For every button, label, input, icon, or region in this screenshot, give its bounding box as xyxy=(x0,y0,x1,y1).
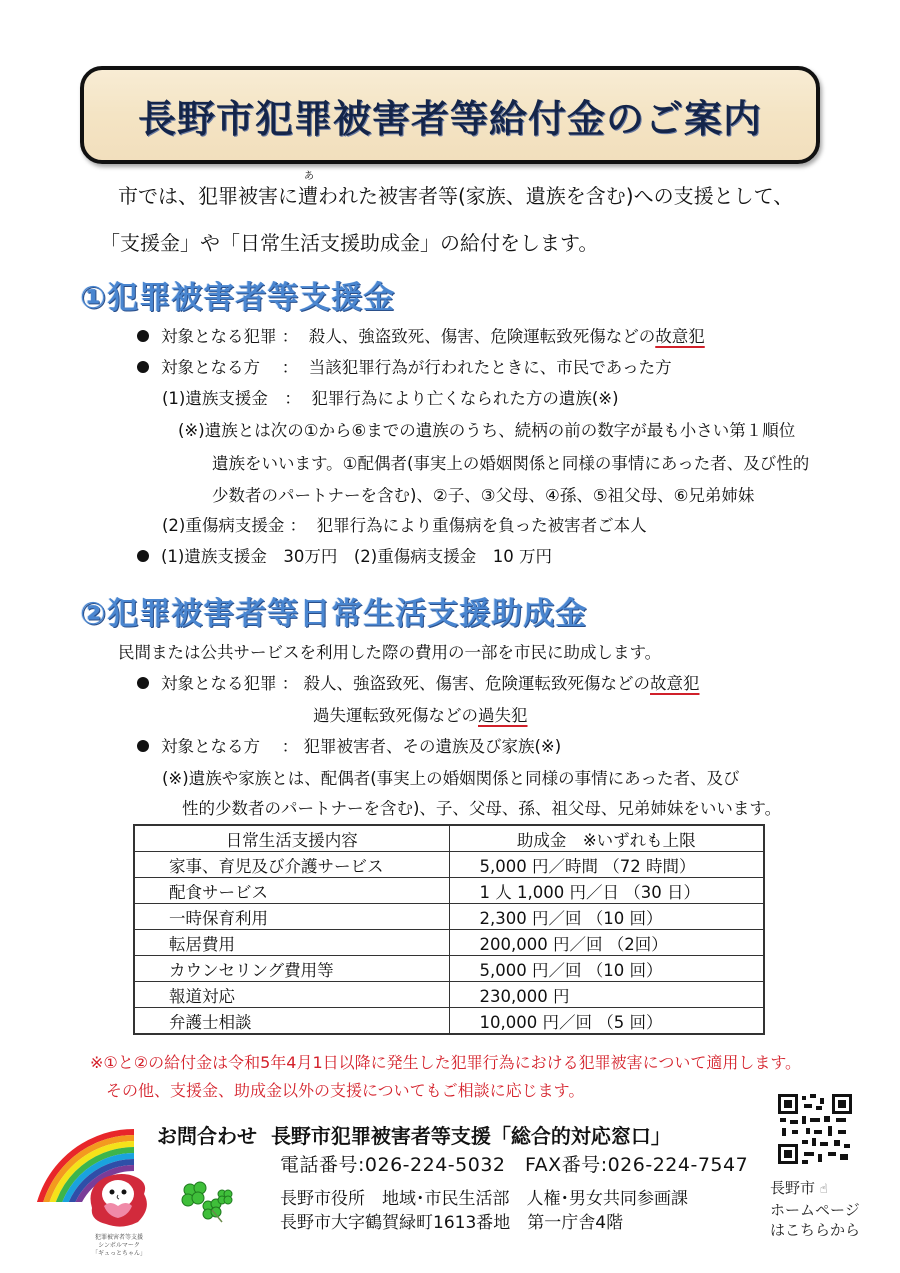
ruby-base: 遭 xyxy=(298,184,318,208)
intro-text: 市では、犯罪被害に xyxy=(118,184,298,208)
contact-department: 長野市役所 地域･市民生活部 人権･男女共同参画課 xyxy=(280,1184,688,1209)
value: 犯罪行為により亡くなられた方の遺族(※) xyxy=(311,389,618,408)
section-1-heading: ①犯罪被害者等支援金 xyxy=(80,272,395,317)
table-row: 報道対応230,000 円 xyxy=(134,982,764,1008)
bullet-icon xyxy=(137,677,149,689)
table-row: 転居費用200,000 円／回 （2回） xyxy=(134,930,764,956)
title-banner: 長野市犯罪被害者等給付金のご案内 xyxy=(80,66,820,164)
value: (1)遺族支援金 30万円 (2)重傷病支援金 10 万円 xyxy=(161,547,552,566)
support-item: カウンセリング費用等 xyxy=(134,956,449,982)
label: (2)重傷病支援金 ： xyxy=(162,516,306,535)
bullet-icon xyxy=(137,330,149,342)
section-1-note-1: (※)遺族とは次の①から⑥までの遺族のうち、続柄の前の数字が最も小さい第１順位 xyxy=(178,417,795,441)
contact-office: 長野市犯罪被害者等支援「総合的対応窓口」 xyxy=(271,1124,671,1148)
section-1-note-2: 遺族をいいます。①配偶者(事実上の婚姻関係と同様の事情にあった者、及び性的 xyxy=(212,450,809,474)
section-1-sub2: (2)重傷病支援金 ： 犯罪行為により重傷病を負った被害者ご本人 xyxy=(162,512,647,536)
support-table: 日常生活支援内容 助成金 ※いずれも上限 家事、育児及び介護サービス5,000 … xyxy=(133,824,765,1035)
support-amount: 200,000 円／回 （2回） xyxy=(449,930,764,956)
ruby-text: あ xyxy=(304,167,314,182)
notice-line-2: その他、支援金、助成金以外の支援についてもご相談に応じます。 xyxy=(106,1078,584,1101)
value: 殺人、強盗致死、傷害、危険運転致死傷などの xyxy=(304,674,651,693)
section-2-crime: 対象となる犯罪 ： 殺人、強盗致死、傷害、危険運転致死傷などの故意犯 xyxy=(137,670,700,694)
table-row: 家事、育児及び介護サービス5,000 円／時間 （72 時間） xyxy=(134,852,764,878)
bullet-icon xyxy=(137,740,149,752)
table-row: カウンセリング費用等5,000 円／回 （10 回） xyxy=(134,956,764,982)
intro-text: われた被害者等(家族、遺族を含む)への支援として、 xyxy=(318,184,793,208)
column-header: 日常生活支援内容 xyxy=(134,825,449,852)
qr-caption-line-1: 長野市 ☝ xyxy=(770,1178,860,1200)
table-row: 一時保育利用2,300 円／回 （10 回） xyxy=(134,904,764,930)
support-item: 報道対応 xyxy=(134,982,449,1008)
value: 殺人、強盗致死、傷害、危険運転致死傷などの xyxy=(309,327,656,346)
support-amount: 5,000 円／回 （10 回） xyxy=(449,956,764,982)
intro-line-1: 市では、犯罪被害にあ遭われた被害者等(家族、遺族を含む)への支援として、 xyxy=(118,180,793,209)
pointer-hand-icon: ☝ xyxy=(820,1182,828,1197)
qr-caption-line-2: ホームページ xyxy=(770,1200,860,1220)
label: 対象となる方 ： xyxy=(161,737,298,756)
support-item: 転居費用 xyxy=(134,930,449,956)
mascot-caption-line: 「ギュっとちゃん」 xyxy=(80,1250,158,1258)
contact-phone-fax: 電話番号:026-224-5032 FAX番号:026-224-7547 xyxy=(280,1150,748,1177)
section-1-crime: 対象となる犯罪 ： 殺人、強盗致死、傷害、危険運転致死傷などの故意犯 xyxy=(137,323,705,347)
contact-heading: お問合わせ 長野市犯罪被害者等支援「総合的対応窓口」 xyxy=(157,1120,671,1149)
section-1-amounts: (1)遺族支援金 30万円 (2)重傷病支援金 10 万円 xyxy=(137,543,552,567)
support-item: 家事、育児及び介護サービス xyxy=(134,852,449,878)
support-item: 配食サービス xyxy=(134,878,449,904)
value: 当該犯罪行為が行われたときに、市民であった方 xyxy=(309,358,672,377)
value: 過失運転致死傷などの xyxy=(313,706,478,725)
table-row: 弁護士相談10,000 円／回 （5 回） xyxy=(134,1008,764,1035)
label: 対象となる犯罪 ： xyxy=(161,327,298,346)
value: 犯罪行為により重傷病を負った被害者ご本人 xyxy=(317,516,647,535)
underlined-term: 過失犯 xyxy=(478,706,528,725)
label: 対象となる方 ： xyxy=(161,358,298,377)
contact-address: 長野市大字鶴賀緑町1613番地 第一庁舎4階 xyxy=(280,1208,623,1233)
support-amount: 230,000 円 xyxy=(449,982,764,1008)
qr-caption: 長野市 ☝ ホームページ はこちらから xyxy=(770,1178,860,1240)
label: (1)遺族支援金 ： xyxy=(162,389,301,408)
bullet-icon xyxy=(137,361,149,373)
contact-label: お問合わせ xyxy=(157,1124,257,1148)
section-2-person: 対象となる方 ： 犯罪被害者、その遺族及び家族(※) xyxy=(137,733,561,757)
table-header-row: 日常生活支援内容 助成金 ※いずれも上限 xyxy=(134,825,764,852)
qr-code[interactable] xyxy=(778,1094,852,1164)
section-1-person: 対象となる方 ： 当該犯罪行為が行われたときに、市民であった方 xyxy=(137,354,672,378)
support-amount: 1 人 1,000 円／日 （30 日） xyxy=(449,878,764,904)
support-item: 弁護士相談 xyxy=(134,1008,449,1035)
mascot-caption-line: シンボルマーク xyxy=(80,1242,158,1250)
mascot-gyutto-chan-icon xyxy=(82,1168,154,1230)
support-item: 一時保育利用 xyxy=(134,904,449,930)
section-2-lead: 民間または公共サービスを利用した際の費用の一部を市民に助成します。 xyxy=(118,639,661,663)
qr-caption-line-3: はこちらから xyxy=(770,1220,860,1240)
support-amount: 10,000 円／回 （5 回） xyxy=(449,1008,764,1035)
section-2-note-2: 性的少数者のパートナーを含む)、子、父母、孫、祖父母、兄弟姉妹をいいます。 xyxy=(182,795,781,819)
section-2-heading: ②犯罪被害者等日常生活支援助成金 xyxy=(80,588,587,633)
page-title: 長野市犯罪被害者等給付金のご案内 xyxy=(138,88,762,143)
column-header: 助成金 ※いずれも上限 xyxy=(449,825,764,852)
label: 対象となる犯罪 ： xyxy=(161,674,298,693)
notice-line-1: ※①と②の給付金は令和5年4月1日以降に発生した犯罪行為における犯罪被害について… xyxy=(90,1050,801,1073)
bullet-icon xyxy=(137,550,149,562)
mascot-caption-line: 犯罪被害者等支援 xyxy=(80,1234,158,1242)
section-1-note-3: 少数者のパートナーを含む)、②子、③父母、④孫、⑤祖父母、⑥兄弟姉妹 xyxy=(212,482,754,506)
qr-caption-text: 長野市 xyxy=(770,1179,815,1197)
value: 犯罪被害者、その遺族及び家族(※) xyxy=(304,737,562,756)
ruby-word: あ遭 xyxy=(298,180,318,209)
section-1-sub1: (1)遺族支援金 ： 犯罪行為により亡くなられた方の遺族(※) xyxy=(162,385,619,409)
mascot-caption: 犯罪被害者等支援 シンボルマーク 「ギュっとちゃん」 xyxy=(80,1234,158,1258)
support-amount: 2,300 円／回 （10 回） xyxy=(449,904,764,930)
section-2-crime-2: 過失運転致死傷などの過失犯 xyxy=(313,702,528,726)
section-2-note-1: (※)遺族や家族とは、配偶者(事実上の婚姻関係と同様の事情にあった者、及び xyxy=(162,765,739,789)
four-leaf-clover-icon xyxy=(178,1180,234,1226)
underlined-term: 故意犯 xyxy=(655,327,705,346)
intro-line-2: 「支援金」や「日常生活支援助成金」の給付をします。 xyxy=(100,227,598,256)
support-amount: 5,000 円／時間 （72 時間） xyxy=(449,852,764,878)
underlined-term: 故意犯 xyxy=(650,674,700,693)
table-row: 配食サービス1 人 1,000 円／日 （30 日） xyxy=(134,878,764,904)
